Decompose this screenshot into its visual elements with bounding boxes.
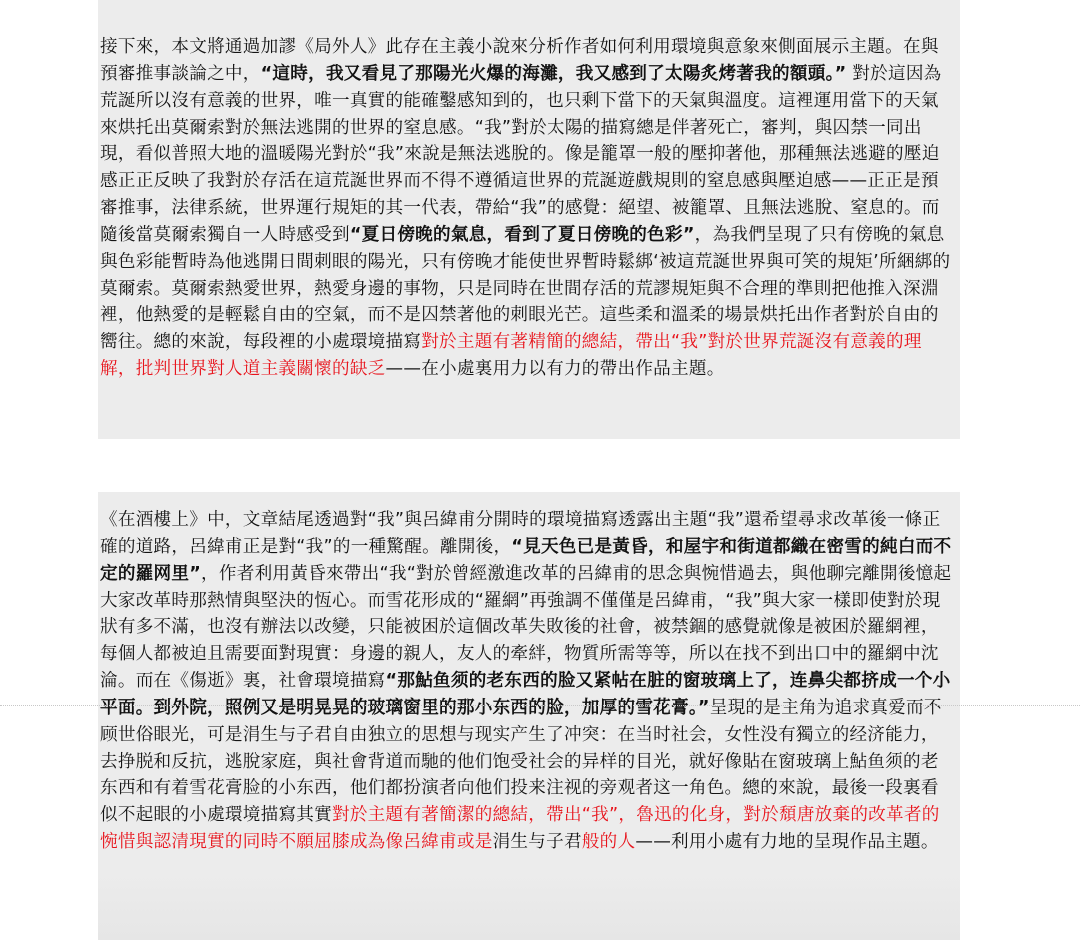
red-emphasis: 般的人 <box>582 832 636 852</box>
text-segment: 涓生与子君 <box>493 832 582 852</box>
bold-quote: “夏日傍晚的氣息，看到了夏日傍晚的色彩” <box>350 225 695 245</box>
text-block-1: 接下來，本文將通過加謬《局外人》此存在主義小說來分析作者如何利用環境與意象來側面… <box>98 0 960 439</box>
bold-quote: “這時，我又看見了那陽光火爆的海灘，我又感到了太陽炙烤著我的額頭。” <box>261 64 847 84</box>
text-segment: ——利用小處有力地的呈現作品主題。 <box>635 832 938 852</box>
paragraph-upstairs-tavern-analysis: 《在酒樓上》中，文章結尾透過對“我”與呂緯甫分開時的環境描寫透露出主題“我”還希… <box>100 507 954 856</box>
text-block-2: 《在酒樓上》中，文章結尾透過對“我”與呂緯甫分開時的環境描寫透露出主題“我”還希… <box>98 492 960 940</box>
text-segment: 對於這因為荒誕所以沒有意義的世界，唯一真實的能確鑿感知到的，也只剩下當下的天氣與… <box>100 64 942 245</box>
page-break-divider <box>0 705 1080 706</box>
paragraph-outsider-analysis: 接下來，本文將通過加謬《局外人》此存在主義小說來分析作者如何利用環境與意象來側面… <box>100 34 954 383</box>
text-segment: ——在小處裏用力以有力的帶出作品主題。 <box>386 359 725 379</box>
